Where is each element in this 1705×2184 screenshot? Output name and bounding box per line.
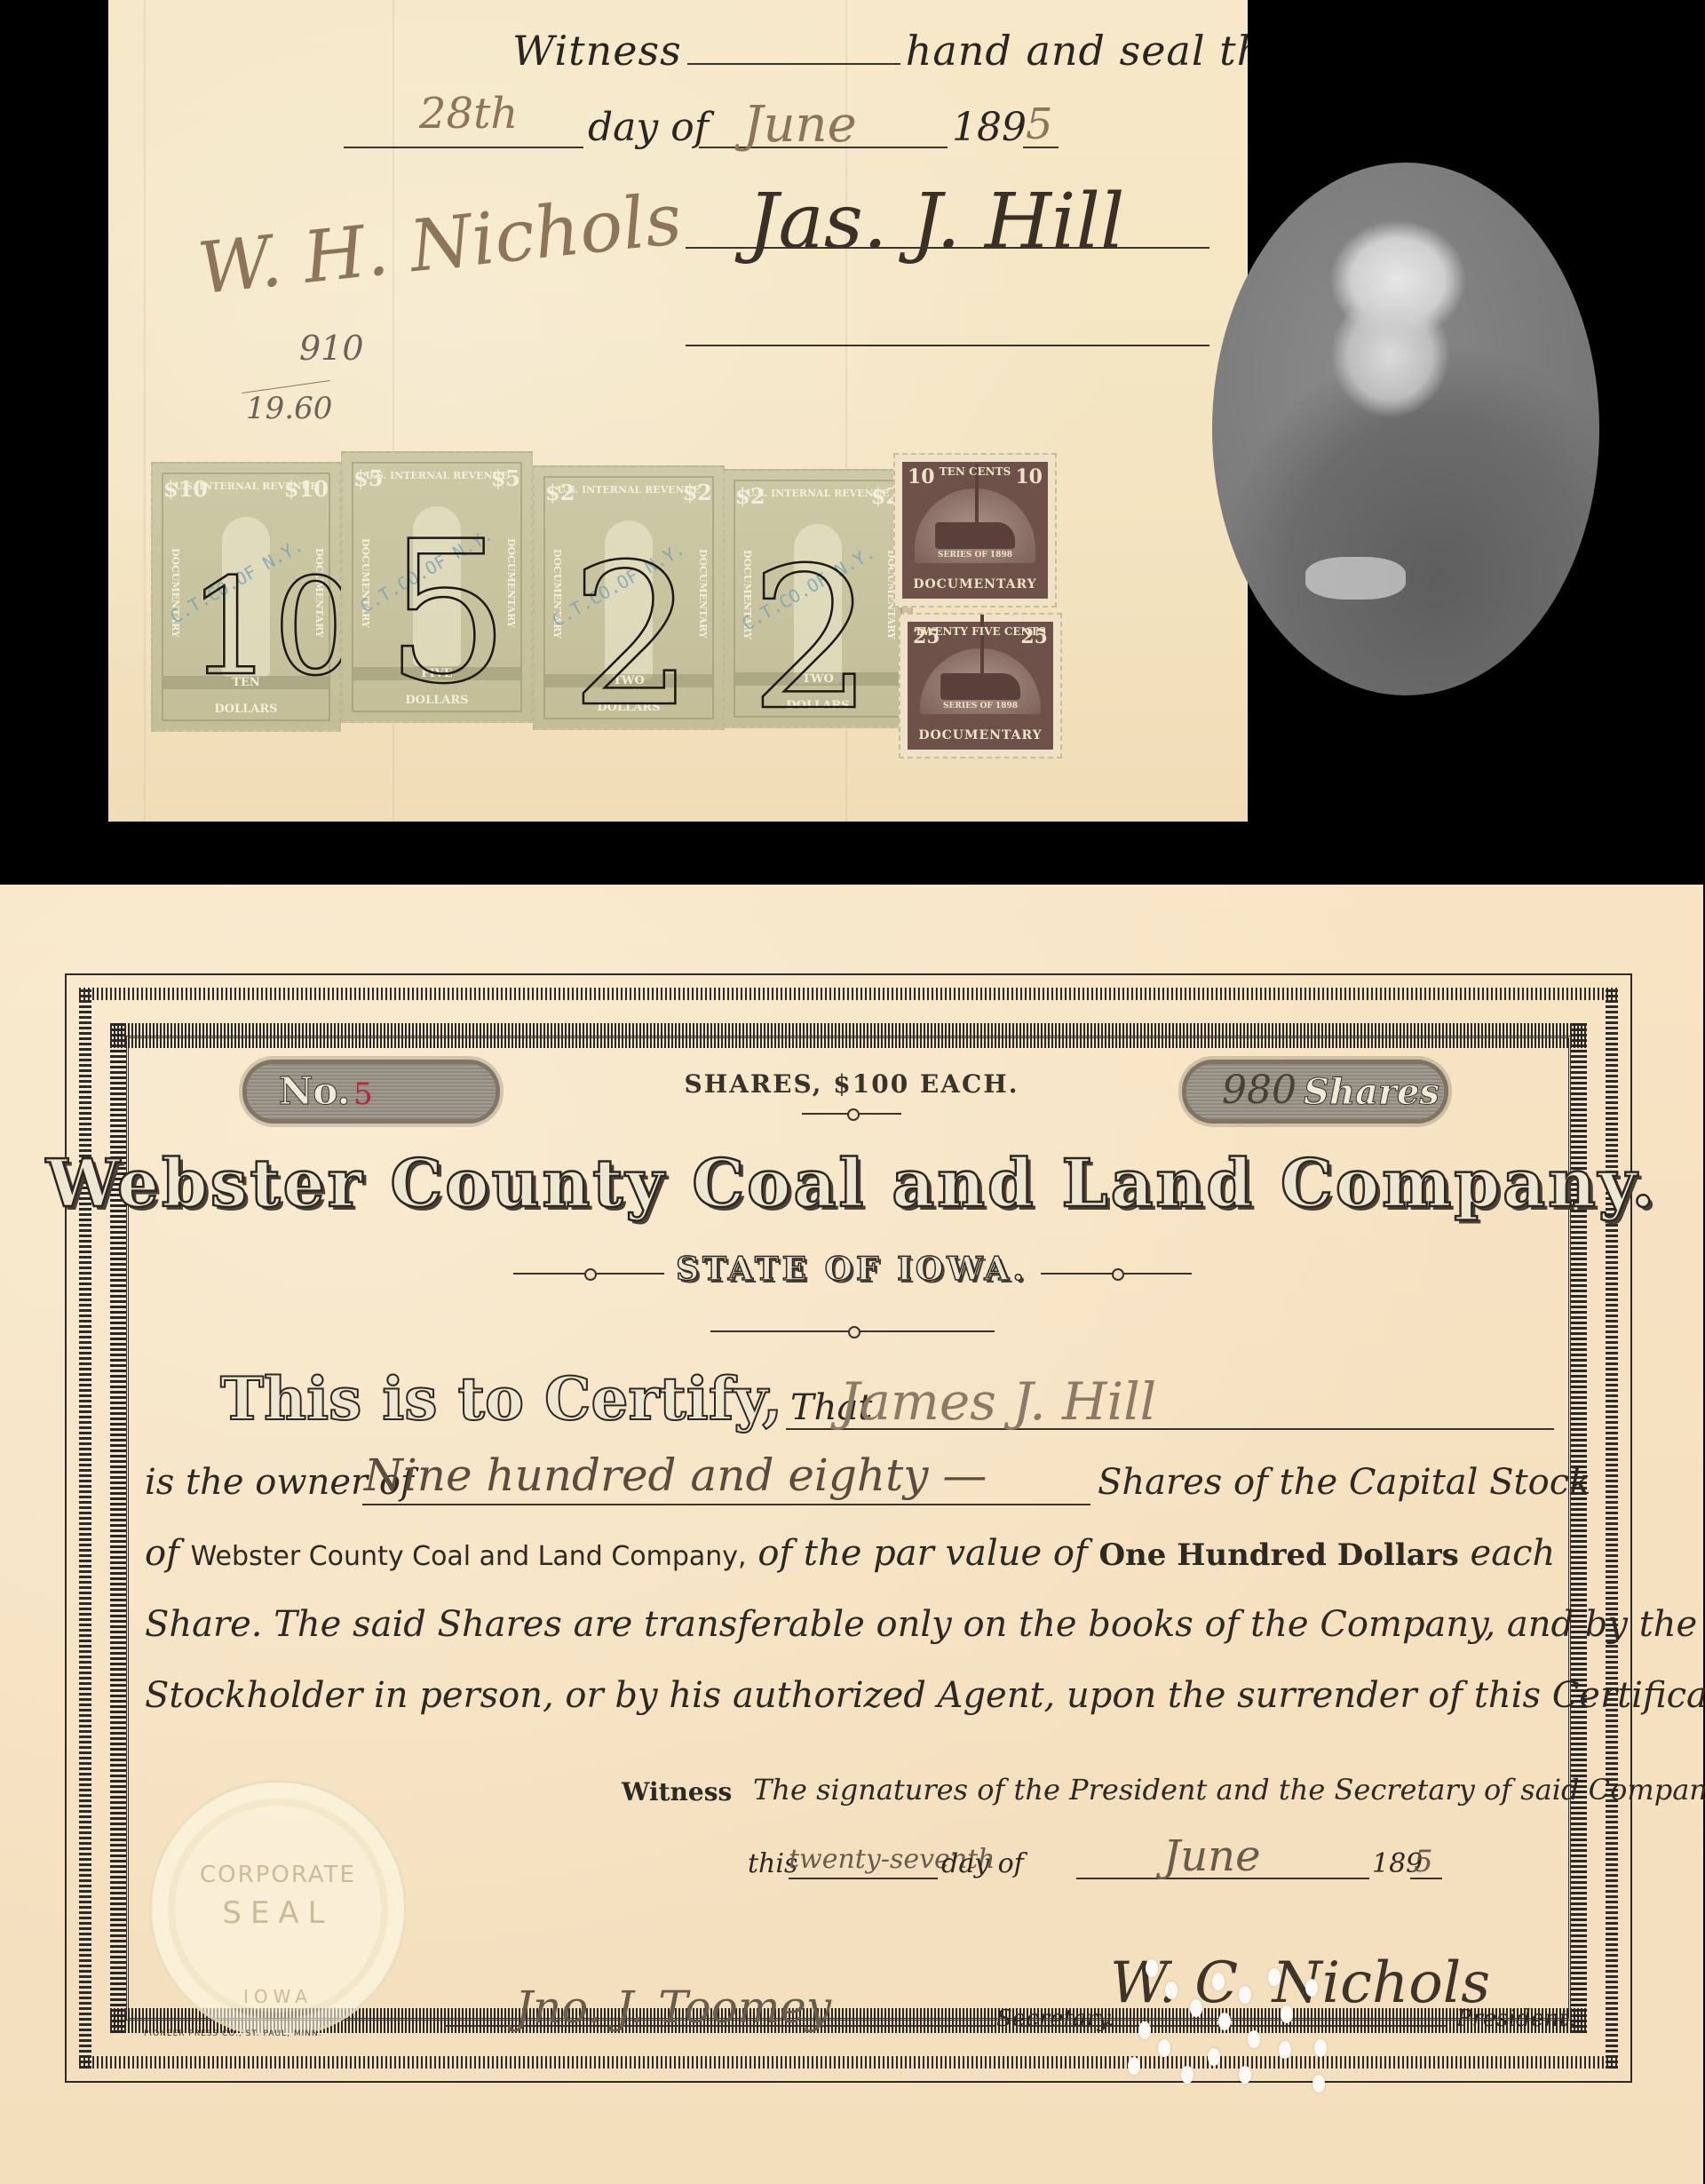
stamp-documentary-label: DOCUMENTARY	[895, 577, 1055, 592]
stamp-side-text: DOCUMENTARY	[694, 529, 709, 657]
punch-hole	[1146, 1959, 1158, 1977]
watermark-line	[144, 0, 146, 822]
stamp-series: SERIES OF 1898	[895, 551, 1055, 560]
stamp-header: U.S. INTERNAL REVENUE	[725, 488, 911, 499]
revenue-stamp: $2$2U.S. INTERNAL REVENUEDOCUMENTARYDOCU…	[533, 465, 725, 730]
punch-hole	[1181, 2066, 1193, 2084]
day-rule	[344, 147, 583, 148]
witness-suffix: hand and seal this	[906, 27, 1248, 75]
year-digit-handwritten: 5	[1414, 1844, 1433, 1879]
stamp-series: SERIES OF 1898	[900, 702, 1060, 711]
punch-hole	[1158, 2039, 1170, 2057]
stamp-denomination: 10	[1015, 465, 1043, 488]
pencil-note-bottom: 19.60	[246, 391, 332, 426]
punch-hole	[1208, 2048, 1220, 2066]
stamp-header: U.S. INTERNAL REVENUE	[343, 471, 531, 481]
par-amount: One Hundred Dollars	[1098, 1537, 1458, 1573]
punch-hole	[1218, 2013, 1231, 2030]
share-count-words: Nine hundred and eighty —	[364, 1449, 987, 1501]
top-document: Witnesshand and seal this 28th day of Ju…	[108, 0, 1248, 822]
witness-blank	[687, 63, 900, 65]
body-line-5: Stockholder in person, or by his authori…	[145, 1675, 1705, 1716]
signature-hill: Jas. J. Hill	[748, 178, 1125, 266]
president-label: President.	[1456, 2005, 1575, 2032]
signature-rule	[686, 247, 1209, 249]
punch-hole	[1279, 2041, 1291, 2059]
of-label: of	[145, 1533, 179, 1574]
witness-text: The signatures of the President and the …	[753, 1773, 1705, 1807]
day-of-label: day of	[588, 105, 709, 150]
month-handwritten: June	[1163, 1831, 1260, 1881]
handwritten-overprint: 5	[385, 515, 510, 711]
flourish-ornament	[802, 1113, 901, 1115]
signature-witness: W. H. Nichols	[194, 178, 686, 311]
stock-certificate: No. 5 SHARES, $100 EACH. 980 Shares Webs…	[0, 885, 1703, 2184]
portrait-photo	[1212, 163, 1599, 695]
witness-prefix: Witness	[512, 27, 682, 75]
handwritten-overprint: 2	[570, 538, 694, 734]
signature-rule	[686, 345, 1209, 346]
pencil-note-top: 910	[299, 329, 364, 368]
body-line-3: of Webster County Coal and Land Company,…	[145, 1533, 1555, 1574]
punch-hole	[1128, 2057, 1140, 2075]
stamp-side-text: DOCUMENTARY	[549, 529, 563, 657]
day-rule	[789, 1878, 938, 1879]
punch-hole	[1312, 2075, 1325, 2093]
stamp-header: U.S. INTERNAL REVENUE	[535, 485, 723, 496]
witness-heading: Witness	[622, 1777, 732, 1807]
stamp-side-text: DOCUMENTARY	[357, 515, 371, 650]
share-count-cartouche: 980 Shares	[1186, 1064, 1444, 1119]
holder-name-handwritten: James J. Hill	[839, 1371, 1156, 1432]
president-rule	[1021, 2025, 1447, 2027]
handwritten-overprint: 10	[188, 561, 358, 695]
witness-line: Witnesshand and seal this	[512, 27, 1248, 75]
punch-hole	[1305, 1979, 1318, 1997]
seal-text-corporate: CORPORATE	[149, 1862, 407, 1888]
punch-hole	[1190, 1999, 1202, 2017]
battleship-icon	[940, 673, 1020, 700]
day-handwritten: 28th	[419, 89, 518, 139]
year-prefix: 189	[952, 105, 1027, 150]
punch-hole	[1212, 1973, 1225, 1990]
seal-text-seal: SEAL	[149, 1895, 407, 1931]
shares-label: Shares	[1304, 1071, 1439, 1113]
punch-hole	[1281, 2005, 1293, 2023]
revenue-stamp: TWENTY FIVE CENTS2525SERIES OF 1898DOCUM…	[899, 613, 1062, 758]
state-title: STATE OF IOWA.	[0, 1251, 1703, 1288]
battleship-icon	[935, 522, 1015, 549]
year-digit-handwritten: 5	[1026, 99, 1053, 149]
stamp-side-text: DOCUMENTARY	[167, 526, 181, 659]
secretary-label: Secretary.	[996, 2005, 1114, 2032]
portrait-hands	[1305, 557, 1406, 600]
revenue-stamp: $10$10U.S. INTERNAL REVENUEDOCUMENTARYDO…	[151, 462, 341, 732]
punch-hole	[1248, 2030, 1260, 2048]
day-of-label: day of	[941, 1848, 1024, 1879]
stamp-header: U.S. INTERNAL REVENUE	[153, 481, 339, 492]
stamp-denomination: 25	[1020, 625, 1048, 648]
shares-rule	[362, 1504, 1090, 1505]
punch-hole	[1268, 1968, 1281, 1986]
company-inline: Webster County Coal and Land Company,	[191, 1541, 747, 1572]
capital-stock-label: Shares of the Capital Stock	[1098, 1462, 1590, 1503]
revenue-stamp: $2$2U.S. INTERNAL REVENUEDOCUMENTARYDOCU…	[723, 469, 913, 728]
share-count-handwritten: 980	[1222, 1068, 1297, 1113]
revenue-stamp: $5$5U.S. INTERNAL REVENUEDOCUMENTARYDOCU…	[341, 451, 533, 723]
revenue-stamp: TEN CENTS1010SERIES OF 1898DOCUMENTARY	[893, 453, 1057, 608]
month-handwritten: June	[743, 96, 857, 154]
par-value-label: of the par value of	[757, 1533, 1087, 1574]
handwritten-overprint: 2	[749, 542, 874, 737]
par-value-header: SHARES, $100 EACH.	[0, 1069, 1703, 1099]
certify-heading: This is to Certify,	[220, 1364, 782, 1433]
body-line-4: Share. The said Shares are transferable …	[145, 1604, 1697, 1645]
punch-hole	[1239, 2066, 1251, 2084]
each-label: each	[1471, 1533, 1556, 1574]
company-name: Webster County Coal and Land Company.	[0, 1146, 1703, 1222]
punch-hole	[1165, 1981, 1178, 1999]
battleship-mast	[980, 615, 984, 677]
secretary-signature: Jno. J. Toomey	[515, 1981, 831, 2033]
printer-imprint: PIONEER PRESS CO., ST. PAUL, MINN.	[144, 2029, 322, 2038]
flourish-center	[710, 1330, 995, 1332]
stamp-denomination: 10	[908, 465, 935, 488]
seal-text-iowa: IOWA	[149, 1986, 407, 2007]
punch-hole	[1138, 2021, 1151, 2039]
stamp-documentary-label: DOCUMENTARY	[900, 728, 1060, 743]
corporate-seal-embossed: CORPORATE SEAL IOWA	[149, 1780, 407, 2037]
punch-hole	[1239, 1986, 1251, 2004]
punch-hole	[1314, 2039, 1327, 2057]
flourish-right	[1041, 1273, 1192, 1275]
stamp-denomination: 25	[913, 625, 940, 648]
